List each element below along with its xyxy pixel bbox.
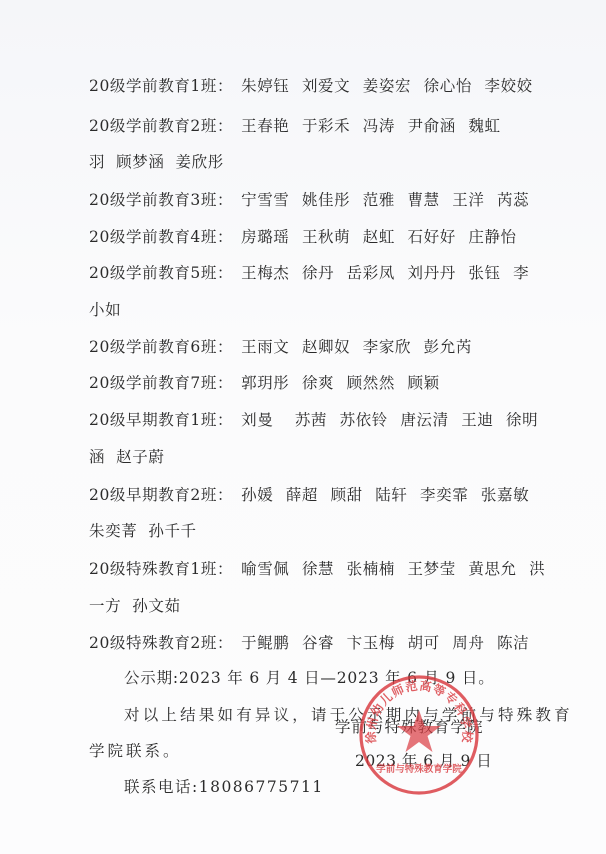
class-list-continuation: 羽 顾梦涵 姜欣彤 [89, 153, 224, 171]
student-name: 姚佳彤 [302, 191, 350, 209]
student-name: 唐沄清 [400, 411, 448, 429]
student-name: 郭玥彤 [241, 374, 289, 392]
student-name: 李姣姣 [484, 77, 532, 95]
class-list-line: 20级早期教育2班：孙媛 薛超 顾甜 陆轩 李奕霏 张嘉敏 [89, 486, 529, 504]
student-name: 彭允芮 [424, 338, 472, 356]
class-list-line: 20级特殊教育1班：喻雪佩 徐慧 张楠楠 王梦莹 黄思允 洪 [89, 560, 545, 578]
student-name: 周舟 [452, 634, 484, 652]
student-name: 薛超 [286, 486, 318, 504]
class-list-line: 20级早期教育1班：刘曼 苏茜 苏依铃 唐沄清 王迪 徐明 [89, 411, 538, 429]
objection-text-cont: 学院联系。 [89, 742, 182, 760]
student-name: 李家欣 [363, 338, 411, 356]
signature-date: 2023 年 6 月 9 日 [355, 752, 492, 770]
student-name: 王春艳 [241, 117, 289, 135]
student-name: 徐心怡 [424, 77, 472, 95]
student-name: 王秋萌 [302, 228, 350, 246]
contact-phone: 联系电话:18086775711 [124, 778, 324, 796]
signature-organization: 学前与特殊教育学院 [335, 718, 484, 736]
student-name: 赵虹 [363, 228, 395, 246]
class-label: 20级学前教育7班： [89, 374, 233, 392]
document-page: 20级学前教育1班：朱婷钰 刘爱文 姜姿宏 徐心怡 李姣姣 20级学前教育2班：… [0, 0, 606, 854]
student-name: 芮蕊 [497, 191, 529, 209]
class-label: 20级学前教育2班： [89, 117, 233, 135]
student-name: 赵卿奴 [302, 338, 350, 356]
student-name: 顾然然 [347, 374, 395, 392]
student-name: 徐丹 [302, 264, 334, 282]
student-name: 朱婷钰 [241, 77, 289, 95]
student-name: 王梅杰 [241, 264, 289, 282]
student-name: 陆轩 [375, 486, 407, 504]
class-list-continuation: 小如 [89, 301, 121, 319]
student-name: 苏依铃 [340, 411, 388, 429]
class-list-line: 20级学前教育3班：宁雪雪 姚佳彤 范雅 曹慧 王洋 芮蕊 [89, 191, 529, 209]
class-label: 20级特殊教育2班： [89, 634, 233, 652]
student-name: 尹俞涵 [408, 117, 456, 135]
class-label: 20级特殊教育1班： [89, 560, 233, 578]
student-name: 黄思允 [468, 560, 516, 578]
class-list-continuation: 涵 赵子蔚 [89, 448, 164, 466]
student-name: 喻雪佩 [241, 560, 289, 578]
class-list-line: 20级学前教育4班：房璐瑶 王秋萌 赵虹 石好好 庄静怡 [89, 228, 517, 246]
student-name: 苏茜 [295, 411, 327, 429]
student-name: 石好好 [408, 228, 456, 246]
class-label: 20级学前教育1班： [89, 77, 233, 95]
student-name: 于鲲鹏 [241, 634, 289, 652]
student-name: 魏虹 [468, 117, 500, 135]
student-name: 谷睿 [302, 634, 334, 652]
class-label: 20级学前教育3班： [89, 191, 233, 209]
student-name: 张嘉敏 [481, 486, 529, 504]
student-name: 刘爱文 [302, 77, 350, 95]
class-list-line: 20级学前教育5班：王梅杰 徐丹 岳彩凤 刘丹丹 张钰 李 [89, 264, 529, 282]
student-name: 岳彩凤 [347, 264, 395, 282]
student-name: 张钰 [468, 264, 500, 282]
student-name: 王梦莹 [408, 560, 456, 578]
student-name: 庄静怡 [468, 228, 516, 246]
class-label: 20级学前教育4班： [89, 228, 233, 246]
student-name: 陈洁 [497, 634, 529, 652]
student-name: 姜姿宏 [363, 77, 411, 95]
student-name: 刘曼 [241, 411, 273, 429]
student-name: 徐明 [506, 411, 538, 429]
student-name: 孙媛 [241, 486, 273, 504]
student-name: 范雅 [363, 191, 395, 209]
class-label: 20级早期教育2班： [89, 486, 233, 504]
student-name: 曹慧 [408, 191, 440, 209]
class-label: 20级早期教育1班： [89, 411, 233, 429]
student-name: 徐爽 [302, 374, 334, 392]
student-name: 卞玉梅 [347, 634, 395, 652]
class-label: 20级学前教育6班： [89, 338, 233, 356]
class-list-continuation: 一方 孙文茹 [89, 597, 181, 615]
class-list-continuation: 朱奕菁 孙千千 [89, 522, 197, 540]
class-list-line: 20级学前教育7班：郭玥彤 徐爽 顾然然 顾颖 [89, 374, 440, 392]
class-list-line: 20级特殊教育2班：于鲲鹏 谷睿 卞玉梅 胡可 周舟 陈洁 [89, 634, 529, 652]
student-name: 胡可 [408, 634, 440, 652]
class-list-line: 20级学前教育2班：王春艳 于彩禾 冯涛 尹俞涵 魏虹 [89, 117, 501, 135]
student-name: 王洋 [452, 191, 484, 209]
student-name: 房璐瑶 [241, 228, 289, 246]
student-name: 洪 [529, 560, 545, 578]
student-name: 王迪 [461, 411, 493, 429]
student-name: 李奕霏 [420, 486, 468, 504]
student-name: 冯涛 [363, 117, 395, 135]
student-name: 顾甜 [331, 486, 363, 504]
student-name: 张楠楠 [347, 560, 395, 578]
class-list-line: 20级学前教育6班：王雨文 赵卿奴 李家欣 彭允芮 [89, 338, 472, 356]
class-list-line: 20级学前教育1班：朱婷钰 刘爱文 姜姿宏 徐心怡 李姣姣 [89, 77, 533, 95]
student-name: 徐慧 [302, 560, 334, 578]
student-name: 于彩禾 [302, 117, 350, 135]
notice-period: 公示期:2023 年 6 月 4 日—2023 年 6 月 9 日。 [124, 669, 495, 687]
student-name: 宁雪雪 [241, 191, 289, 209]
student-name: 顾颖 [408, 374, 440, 392]
student-name: 李 [513, 264, 529, 282]
student-name: 刘丹丹 [408, 264, 456, 282]
class-label: 20级学前教育5班： [89, 264, 233, 282]
student-name: 王雨文 [241, 338, 289, 356]
